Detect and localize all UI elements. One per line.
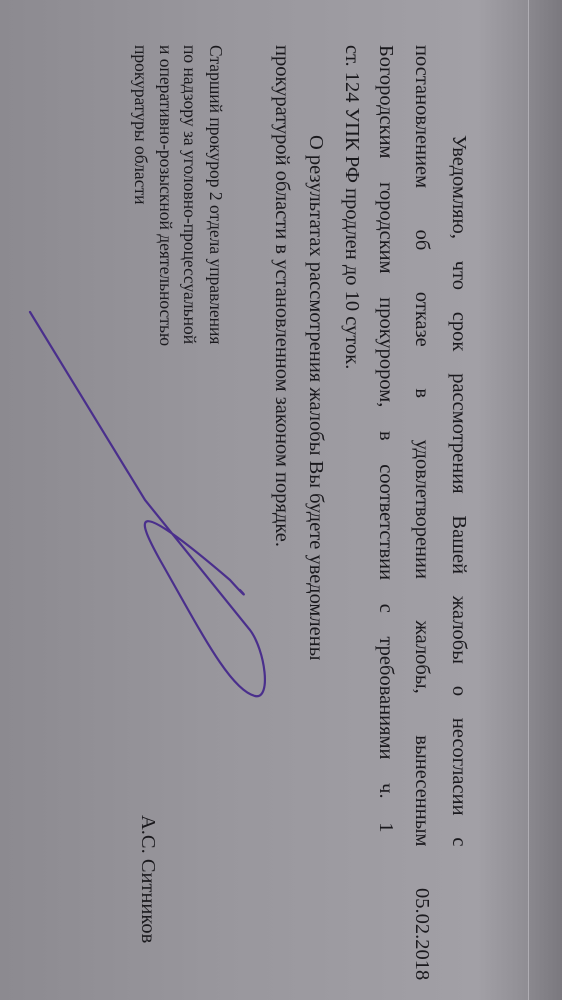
paper-edge-shadow	[528, 0, 562, 1000]
handwritten-signature	[0, 0, 530, 1000]
letter-page: Уведомляю, что срок рассмотрения Вашей ж…	[0, 0, 530, 1000]
